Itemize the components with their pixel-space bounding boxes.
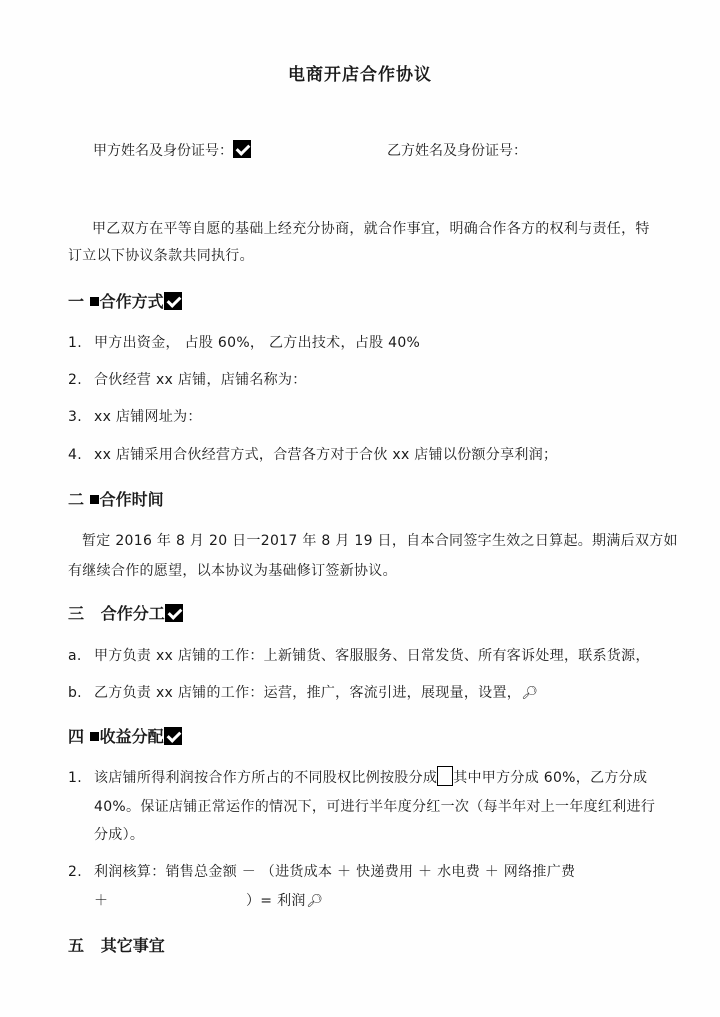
- party-a-field: 甲方姓名及身份证号：: [93, 140, 251, 160]
- checkbox-checked-icon[interactable]: [165, 604, 183, 622]
- list-item: 4.xx 店铺采用合伙经营方式，合营各方对于合伙 xx 店铺以份额分享利润；: [68, 444, 557, 464]
- checkbox-checked-icon[interactable]: [164, 727, 182, 745]
- checkbox-empty-icon[interactable]: [437, 766, 453, 786]
- bullet-square-icon: [90, 732, 99, 741]
- list-item-cont: ＋: [94, 890, 108, 910]
- section-number: 二: [68, 490, 84, 509]
- checkbox-checked-icon[interactable]: [233, 140, 251, 158]
- section-2-para-line-1: 暂定 2016 年 8 月 20 日一2017 年 8 月 19 日，自本合同签…: [82, 530, 678, 550]
- section-title: 合作方式: [100, 292, 164, 311]
- list-item: b.乙方负责 xx 店铺的工作：运营，推广，客流引进，展现量，设置，🔍︎: [68, 682, 538, 702]
- list-item-cont: ）= 利润🔍︎: [246, 890, 323, 910]
- section-number: 三: [68, 604, 84, 623]
- list-item: 3.xx 店铺网址为：: [68, 406, 202, 426]
- search-icon[interactable]: 🔍︎: [306, 894, 323, 909]
- section-heading-2: 二 合作时间: [68, 487, 164, 510]
- list-item: 2.利润核算：销售总金额 － （进货成本 ＋ 快递费用 ＋ 水电费 ＋ 网络推广…: [68, 861, 575, 881]
- intro-line-1: 甲乙双方在平等自愿的基础上经充分协商，就合作事宜，明确合作各方的权利与责任，特: [92, 218, 650, 238]
- section-2-para-line-2: 有继续合作的愿望，以本协议为基础修订签新协议。: [68, 560, 397, 580]
- checkbox-checked-icon[interactable]: [164, 292, 182, 310]
- list-item-cont: 分成）。: [94, 824, 144, 844]
- list-item: 1.该店铺所得利润按合作方所占的不同股权比例按股分成其中甲方分成 60%，乙方分…: [68, 766, 647, 787]
- party-b-field: 乙方姓名及身份证号：: [387, 140, 527, 160]
- section-number: 五: [68, 936, 84, 955]
- list-item-cont: 40%。保证店铺正常运作的情况下，可进行半年度分红一次（每半年对上一年度红利进行: [94, 796, 655, 816]
- intro-line-2: 订立以下协议条款共同执行。: [68, 245, 254, 265]
- section-heading-4: 四 收益分配: [68, 724, 182, 747]
- list-item: 2.合伙经营 xx 店铺，店铺名称为：: [68, 369, 307, 389]
- section-number: 四: [68, 727, 84, 746]
- section-heading-3: 三 合作分工: [68, 601, 183, 624]
- section-title: 其它事宜: [101, 936, 165, 955]
- section-title: 收益分配: [100, 727, 164, 746]
- section-title: 合作分工: [101, 604, 165, 623]
- document-title: 电商开店合作协议: [0, 60, 720, 85]
- list-item: a.甲方负责 xx 店铺的工作：上新铺货、客服服务、日常发货、所有客诉处理，联系…: [68, 645, 650, 665]
- party-b-label: 乙方姓名及身份证号：: [387, 143, 527, 159]
- section-heading-5: 五 其它事宜: [68, 933, 165, 956]
- bullet-square-icon: [90, 297, 99, 306]
- section-heading-1: 一 合作方式: [68, 289, 182, 312]
- party-a-label: 甲方姓名及身份证号：: [93, 143, 233, 159]
- section-number: 一: [68, 292, 84, 311]
- search-icon[interactable]: 🔍︎: [521, 686, 538, 701]
- section-title: 合作时间: [100, 490, 164, 509]
- bullet-square-icon: [90, 495, 99, 504]
- list-item: 1.甲方出资金， 占股 60%， 乙方出技术，占股 40%: [68, 332, 420, 352]
